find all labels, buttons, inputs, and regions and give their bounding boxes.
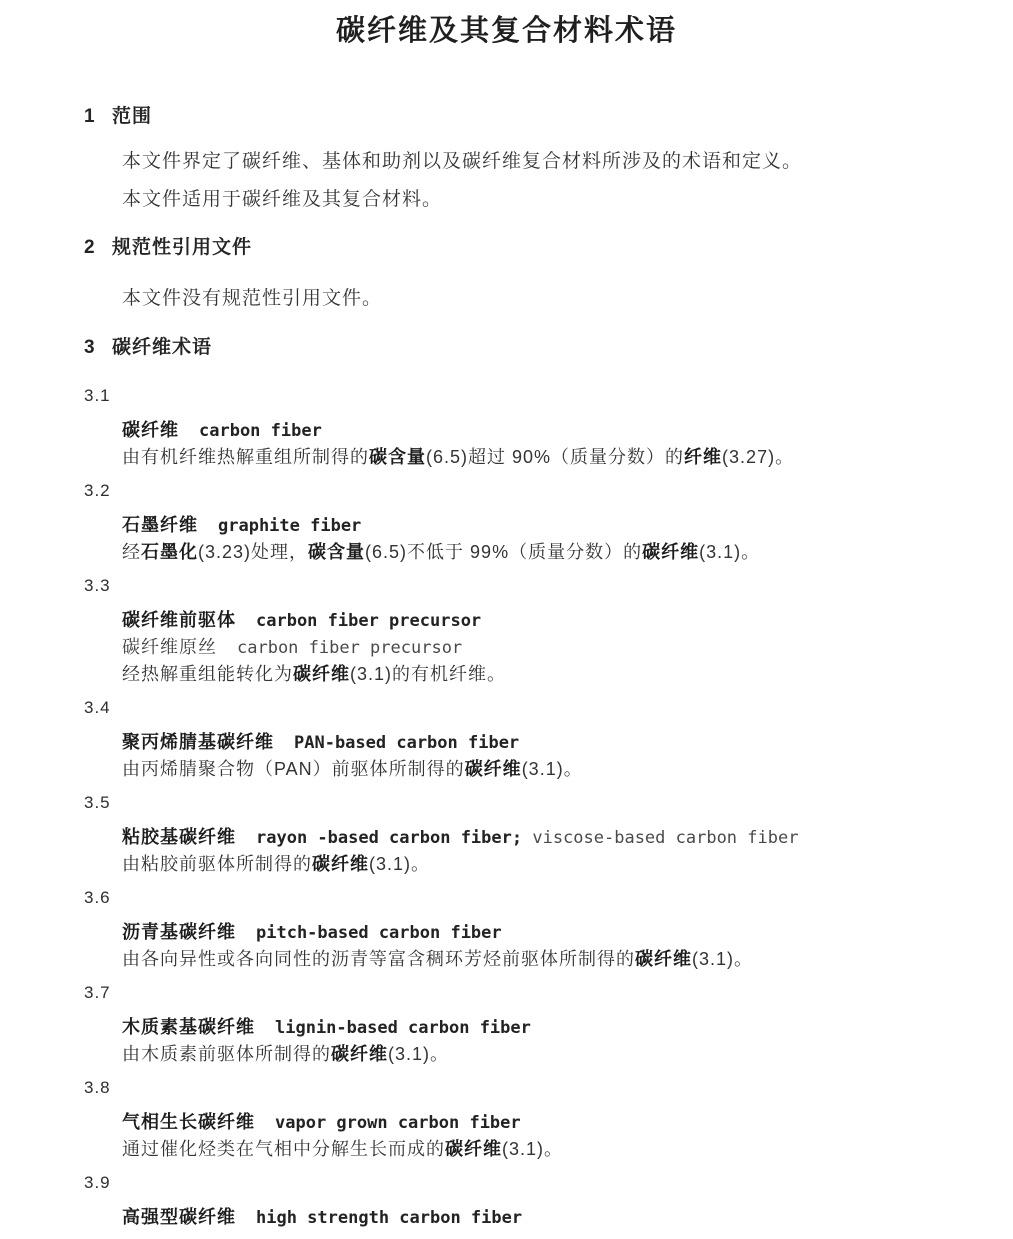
term-name-en: carbon fiber [199, 421, 322, 441]
term-title-line: 碳纤维前驱体carbon fiber precursor [0, 607, 1013, 634]
definition-segment: 经热解重组能转化为 [122, 664, 293, 684]
definition-segment: (3.1)。 [388, 1044, 449, 1064]
term-entry: 3.9高强型碳纤维high strength carbon fiber [0, 1170, 1013, 1231]
term-title-line: 高强型碳纤维high strength carbon fiber [0, 1204, 1013, 1231]
term-definition: 经石墨化(3.23)处理，碳含量(6.5)不低于 99%（质量分数）的碳纤维(3… [0, 539, 1013, 565]
definition-segment: 经 [122, 542, 141, 562]
definition-segment: (6.5)超过 90%（质量分数）的 [426, 447, 684, 467]
definition-segment: 由丙烯腈聚合物（PAN）前驱体所制得的 [122, 759, 465, 779]
term-name-cn: 聚丙烯腈基碳纤维 [122, 732, 274, 752]
definition-segment: 碳含量 [369, 447, 426, 467]
term-name-en: lignin-based carbon fiber [275, 1018, 531, 1038]
term-name-en: graphite fiber [218, 516, 361, 536]
section-heading-carbon-fiber-terms: 3碳纤维术语 [0, 336, 1013, 360]
term-title-line: 木质素基碳纤维lignin-based carbon fiber [0, 1014, 1013, 1041]
term-number: 3.5 [0, 790, 1013, 816]
term-entry: 3.7木质素基碳纤维lignin-based carbon fiber由木质素前… [0, 980, 1013, 1067]
term-name-cn: 木质素基碳纤维 [122, 1017, 255, 1037]
definition-segment: 纤维 [684, 447, 722, 467]
synonym-en: carbon fiber precursor [237, 638, 462, 658]
scope-paragraph: 本文件适用于碳纤维及其复合材料。 [0, 189, 1013, 210]
definition-segment: 碳纤维 [331, 1044, 388, 1064]
term-name-cn: 气相生长碳纤维 [122, 1112, 255, 1132]
page-title: 碳纤维及其复合材料术语 [0, 0, 1013, 50]
section-heading-label: 规范性引用文件 [112, 237, 252, 258]
term-definition: 由有机纤维热解重组所制得的碳含量(6.5)超过 90%（质量分数）的纤维(3.2… [0, 444, 1013, 470]
definition-segment: 由粘胶前驱体所制得的 [122, 854, 312, 874]
term-definition: 经热解重组能转化为碳纤维(3.1)的有机纤维。 [0, 661, 1013, 687]
term-entry: 3.4聚丙烯腈基碳纤维PAN-based carbon fiber由丙烯腈聚合物… [0, 695, 1013, 782]
definition-segment: (3.1)。 [369, 854, 430, 874]
term-number: 3.9 [0, 1170, 1013, 1196]
term-number: 3.1 [0, 383, 1013, 409]
synonym-cn: 碳纤维原丝 [122, 637, 217, 657]
term-entry: 3.3碳纤维前驱体carbon fiber precursor碳纤维原丝carb… [0, 573, 1013, 687]
term-title-line: 碳纤维carbon fiber [0, 417, 1013, 444]
definition-segment: 石墨化 [141, 542, 198, 562]
term-name-cn: 碳纤维前驱体 [122, 610, 236, 630]
term-name-cn: 粘胶基碳纤维 [122, 827, 236, 847]
term-synonym-line: 碳纤维原丝carbon fiber precursor [0, 634, 1013, 661]
term-number: 3.6 [0, 885, 1013, 911]
definition-segment: 由有机纤维热解重组所制得的 [122, 447, 369, 467]
term-name-cn: 石墨纤维 [122, 515, 198, 535]
definition-segment: (3.1)。 [692, 949, 753, 969]
term-number: 3.8 [0, 1075, 1013, 1101]
term-name-en: PAN-based carbon fiber [294, 733, 519, 753]
term-name-en: high strength carbon fiber [256, 1208, 522, 1228]
term-title-line: 气相生长碳纤维vapor grown carbon fiber [0, 1109, 1013, 1136]
term-entry: 3.5粘胶基碳纤维rayon -based carbon fiber; visc… [0, 790, 1013, 877]
term-entry: 3.2石墨纤维graphite fiber经石墨化(3.23)处理，碳含量(6.… [0, 478, 1013, 565]
definition-segment: 碳纤维 [635, 949, 692, 969]
definition-segment: (3.27)。 [722, 447, 794, 467]
section-number: 2 [84, 236, 112, 260]
normative-references-paragraph: 本文件没有规范性引用文件。 [0, 288, 1013, 309]
section-heading-scope: 1范围 [0, 105, 1013, 129]
section-heading-label: 范围 [112, 106, 152, 127]
definition-segment: 由木质素前驱体所制得的 [122, 1044, 331, 1064]
term-name-en: pitch-based carbon fiber [256, 923, 502, 943]
definition-segment: 碳纤维 [465, 759, 522, 779]
term-definition: 通过催化烃类在气相中分解生长而成的碳纤维(3.1)。 [0, 1136, 1013, 1162]
definition-segment: (3.1)。 [699, 542, 760, 562]
document-page: 碳纤维及其复合材料术语 1范围 本文件界定了碳纤维、基体和助剂以及碳纤维复合材料… [0, 0, 1013, 1239]
term-name-en: rayon -based carbon fiber; [256, 828, 522, 848]
term-number: 3.4 [0, 695, 1013, 721]
definition-segment: (6.5)不低于 99%（质量分数）的 [365, 542, 642, 562]
section-heading-label: 碳纤维术语 [112, 337, 212, 358]
term-number: 3.7 [0, 980, 1013, 1006]
term-definition: 由丙烯腈聚合物（PAN）前驱体所制得的碳纤维(3.1)。 [0, 756, 1013, 782]
term-name-cn: 碳纤维 [122, 420, 179, 440]
definition-segment: (3.1)。 [522, 759, 583, 779]
term-definition: 由木质素前驱体所制得的碳纤维(3.1)。 [0, 1041, 1013, 1067]
definition-segment: 碳纤维 [293, 664, 350, 684]
definition-segment: 碳含量 [308, 542, 365, 562]
section-heading-normative-references: 2规范性引用文件 [0, 236, 1013, 260]
section-number: 3 [84, 336, 112, 360]
term-entry: 3.6沥青基碳纤维pitch-based carbon fiber由各向异性或各… [0, 885, 1013, 972]
term-name-en: carbon fiber precursor [256, 611, 481, 631]
term-definition: 由粘胶前驱体所制得的碳纤维(3.1)。 [0, 851, 1013, 877]
term-definition: 由各向异性或各向同性的沥青等富含稠环芳烃前驱体所制得的碳纤维(3.1)。 [0, 946, 1013, 972]
term-name-cn: 沥青基碳纤维 [122, 922, 236, 942]
term-name-cn: 高强型碳纤维 [122, 1207, 236, 1227]
term-title-line: 石墨纤维graphite fiber [0, 512, 1013, 539]
definition-segment: (3.1)的有机纤维。 [350, 664, 506, 684]
term-number: 3.3 [0, 573, 1013, 599]
definition-segment: (3.23)处理， [198, 542, 308, 562]
term-name-en: viscose-based carbon fiber [522, 828, 798, 848]
term-title-line: 沥青基碳纤维pitch-based carbon fiber [0, 919, 1013, 946]
term-entry: 3.1碳纤维carbon fiber由有机纤维热解重组所制得的碳含量(6.5)超… [0, 383, 1013, 470]
section-number: 1 [84, 105, 112, 129]
term-title-line: 聚丙烯腈基碳纤维PAN-based carbon fiber [0, 729, 1013, 756]
definition-segment: 碳纤维 [445, 1139, 502, 1159]
definition-segment: 碳纤维 [642, 542, 699, 562]
scope-paragraph: 本文件界定了碳纤维、基体和助剂以及碳纤维复合材料所涉及的术语和定义。 [0, 151, 1013, 172]
term-name-en: vapor grown carbon fiber [275, 1113, 521, 1133]
term-number: 3.2 [0, 478, 1013, 504]
terms-list: 3.1碳纤维carbon fiber由有机纤维热解重组所制得的碳含量(6.5)超… [0, 383, 1013, 1231]
definition-segment: 通过催化烃类在气相中分解生长而成的 [122, 1139, 445, 1159]
definition-segment: (3.1)。 [502, 1139, 563, 1159]
definition-segment: 由各向异性或各向同性的沥青等富含稠环芳烃前驱体所制得的 [122, 949, 635, 969]
term-entry: 3.8气相生长碳纤维vapor grown carbon fiber通过催化烃类… [0, 1075, 1013, 1162]
definition-segment: 碳纤维 [312, 854, 369, 874]
term-title-line: 粘胶基碳纤维rayon -based carbon fiber; viscose… [0, 824, 1013, 851]
